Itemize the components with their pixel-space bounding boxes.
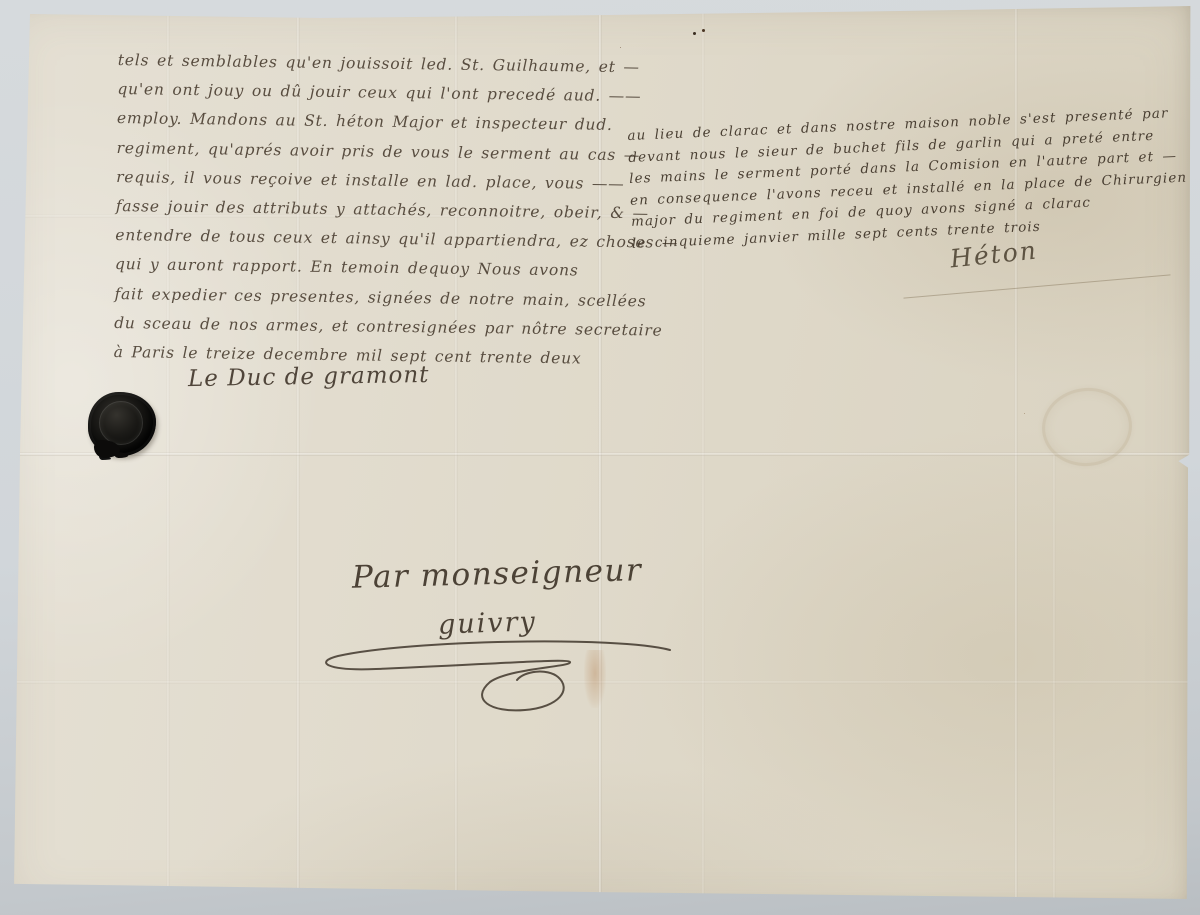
right-text-column: au lieu de clarac et dans nostre maison … xyxy=(627,103,1192,256)
fold-crease-horizontal-main xyxy=(0,452,1200,456)
heton-signature-flourish xyxy=(903,274,1170,298)
countersignature-par-monseigneur: Par monseigneur xyxy=(352,552,643,596)
manuscript-paper: tels et semblables qu'en jouissoit led. … xyxy=(0,0,1200,915)
gramont-signature: Le Duc de gramont xyxy=(188,362,430,392)
seal-impression-ghost xyxy=(1038,384,1136,471)
left-text-column: tels et semblables qu'en jouissoit led. … xyxy=(114,46,628,374)
foxing-specks xyxy=(693,32,696,35)
wax-seal xyxy=(88,392,156,456)
document-photo: tels et semblables qu'en jouissoit led. … xyxy=(0,0,1200,915)
fold-crease-vertical-right-lower xyxy=(1052,455,1056,915)
signature-paraph-flourish xyxy=(318,634,688,714)
